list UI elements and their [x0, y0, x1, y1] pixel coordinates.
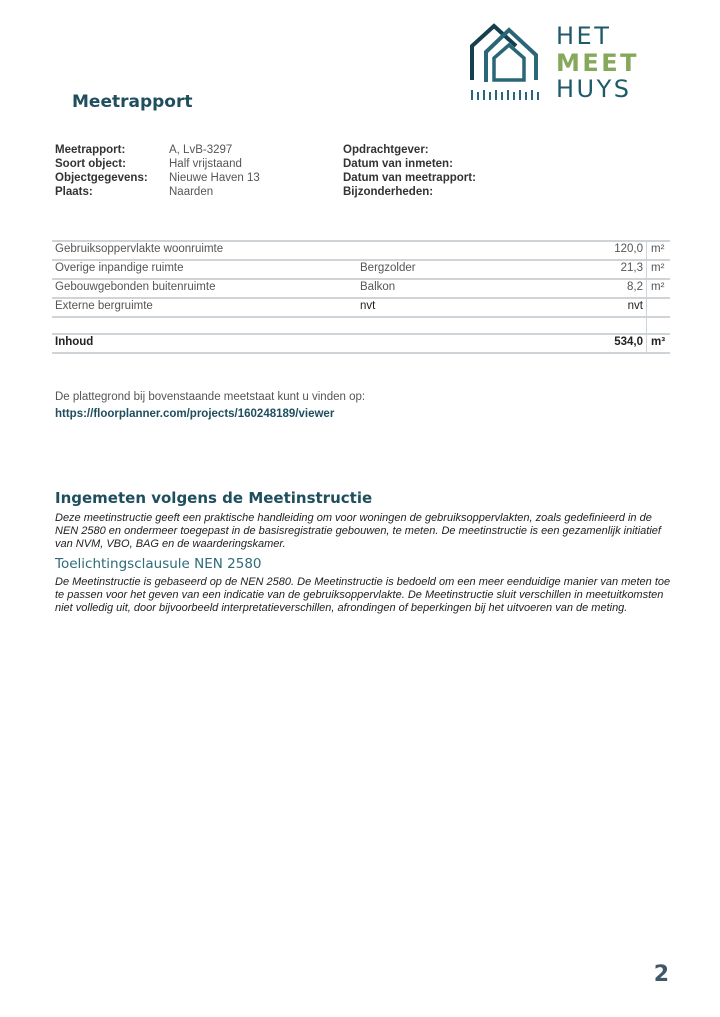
meta-row-bijzonderheden: Bijzonderheden:	[343, 185, 476, 199]
total-value: 534,0	[614, 336, 643, 348]
report-details-right: Opdrachtgever: Datum van inmeten: Datum …	[343, 143, 476, 199]
row-value: 8,2	[627, 281, 643, 293]
page-title: Meetrapport	[72, 92, 193, 112]
logo-word-meet: MEET	[556, 50, 639, 77]
section-title: Ingemeten volgens de Meetinstructie	[55, 489, 372, 507]
table-row: Externe bergruimte nvt nvt	[52, 297, 670, 316]
meta-row-datum-inmeten: Datum van inmeten:	[343, 157, 476, 171]
row-description: Balkon	[360, 281, 395, 293]
logo-word-het: HET	[556, 23, 639, 50]
row-label: Gebruiksoppervlakte woonruimte	[55, 243, 223, 255]
row-unit: m²	[651, 262, 664, 274]
row-value: 120,0	[614, 243, 643, 255]
row-description: nvt	[360, 300, 375, 312]
meta-row-datum-meetrapport: Datum van meetrapport:	[343, 171, 476, 185]
row-value: nvt	[628, 300, 643, 312]
table-spacer-row	[52, 316, 670, 333]
table-row: Gebouwgebonden buitenruimte Balkon 8,2 m…	[52, 278, 670, 297]
company-logo: HET MEET HUYS	[466, 20, 646, 106]
row-unit: m²	[651, 281, 664, 293]
meta-label: Datum van inmeten:	[343, 157, 453, 171]
meta-row-opdrachtgever: Opdrachtgever:	[343, 143, 476, 157]
column-divider	[646, 333, 647, 352]
meta-value: Nieuwe Haven 13	[169, 171, 260, 185]
column-divider	[646, 297, 647, 316]
table-total-row: Inhoud 534,0 m³	[52, 333, 670, 354]
subsection-paragraph: De Meetinstructie is gebaseerd op de NEN…	[55, 576, 675, 616]
meta-label: Opdrachtgever:	[343, 143, 429, 157]
floorplan-link[interactable]: https://floorplanner.com/projects/160248…	[55, 408, 334, 420]
column-divider	[646, 278, 647, 297]
row-label: Externe bergruimte	[55, 300, 153, 312]
row-label: Gebouwgebonden buitenruimte	[55, 281, 215, 293]
meta-label: Soort object:	[55, 157, 169, 171]
meta-label: Datum van meetrapport:	[343, 171, 476, 185]
total-label: Inhoud	[55, 336, 93, 348]
meta-label: Meetrapport:	[55, 143, 169, 157]
row-label: Overige inpandige ruimte	[55, 262, 184, 274]
meta-row-plaats: Plaats: Naarden	[55, 185, 260, 199]
column-divider	[646, 316, 647, 333]
column-divider	[646, 259, 647, 278]
house-outline-icon	[466, 20, 546, 106]
row-unit: m²	[651, 243, 664, 255]
meta-row-meetrapport: Meetrapport: A, LvB-3297	[55, 143, 260, 157]
total-unit: m³	[651, 336, 665, 348]
logo-word-huys: HUYS	[556, 76, 639, 103]
row-description: Bergzolder	[360, 262, 416, 274]
floorplan-text: De plattegrond bij bovenstaande meetstaa…	[55, 391, 365, 403]
table-row: Gebruiksoppervlakte woonruimte 120,0 m²	[52, 240, 670, 259]
subsection-title: Toelichtingsclausule NEN 2580	[55, 556, 262, 572]
meta-row-soort-object: Soort object: Half vrijstaand	[55, 157, 260, 171]
measurement-table: Gebruiksoppervlakte woonruimte 120,0 m² …	[52, 240, 670, 354]
section-paragraph: Deze meetinstructie geeft een praktische…	[55, 512, 675, 552]
row-value: 21,3	[621, 262, 643, 274]
report-details-left: Meetrapport: A, LvB-3297 Soort object: H…	[55, 143, 260, 199]
meta-label: Plaats:	[55, 185, 169, 199]
table-row: Overige inpandige ruimte Bergzolder 21,3…	[52, 259, 670, 278]
meta-value: Naarden	[169, 185, 213, 199]
meta-value: Half vrijstaand	[169, 157, 242, 171]
logo-wordmark: HET MEET HUYS	[556, 23, 639, 103]
meta-label: Bijzonderheden:	[343, 185, 433, 199]
meta-value: A, LvB-3297	[169, 143, 232, 157]
meta-label: Objectgegevens:	[55, 171, 169, 185]
page-number: 2	[654, 962, 669, 987]
meta-row-objectgegevens: Objectgegevens: Nieuwe Haven 13	[55, 171, 260, 185]
column-divider	[646, 240, 647, 259]
